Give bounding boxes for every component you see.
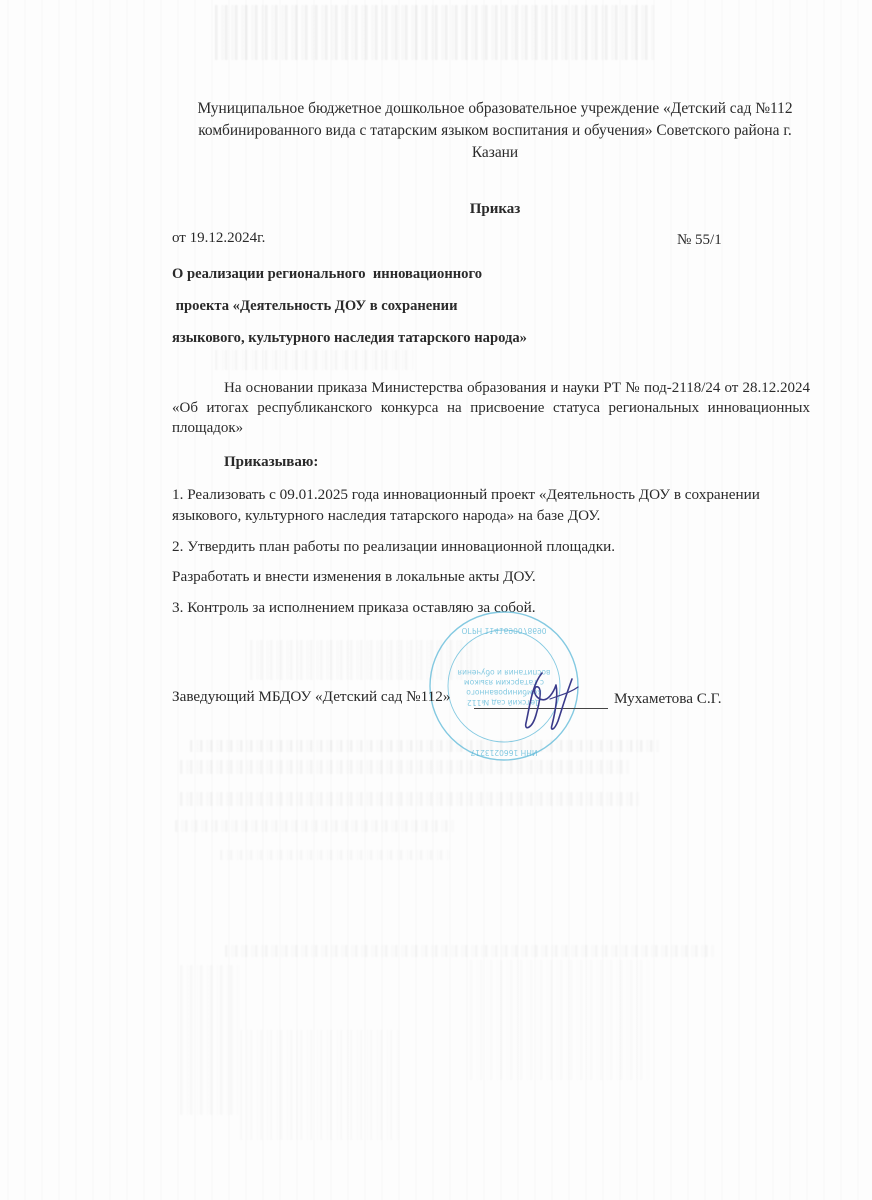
header-line-2: комбинированного вида с татарским языком… <box>165 120 825 142</box>
scan-noise <box>180 965 240 1115</box>
scan-noise <box>215 5 655 60</box>
scan-noise <box>470 960 650 1080</box>
subject-line-1: О реализации регионального инновационног… <box>172 258 527 290</box>
scan-noise <box>175 820 455 832</box>
scan-noise <box>180 792 640 806</box>
scanned-page: Муниципальное бюджетное дошкольное образ… <box>0 0 872 1200</box>
scan-noise <box>240 1030 400 1140</box>
header-line-1: Муниципальное бюджетное дошкольное образ… <box>165 98 825 120</box>
signer-name: Мухаметова С.Г. <box>614 690 722 708</box>
order-subject: О реализации регионального инновационног… <box>172 258 527 354</box>
handwritten-signature-icon <box>512 665 582 735</box>
decree-label: Приказываю: <box>224 452 318 472</box>
institution-header: Муниципальное бюджетное дошкольное образ… <box>165 98 825 164</box>
order-title: Приказ <box>165 199 825 219</box>
header-line-3: Казани <box>165 142 825 164</box>
order-date: от 19.12.2024г. <box>172 228 265 248</box>
scan-noise <box>220 850 450 860</box>
order-number: № 55/1 <box>677 230 722 250</box>
subject-line-3: языкового, культурного наследия татарско… <box>172 322 527 354</box>
order-item-2-continued: Разработать и внести изменения в локальн… <box>172 567 536 587</box>
basis-text: На основании приказа Министерства образо… <box>172 380 810 436</box>
signature-position: Заведующий МБДОУ «Детский сад №112» <box>172 688 450 706</box>
scan-noise <box>225 945 715 957</box>
stamp-inn: ИНН 1660213217 <box>470 748 537 757</box>
order-item-1: 1. Реализовать с 09.01.2025 года инновац… <box>172 484 812 526</box>
subject-line-2: проекта «Деятельность ДОУ в сохранении <box>172 290 527 322</box>
order-basis: На основании приказа Министерства образо… <box>172 378 810 438</box>
order-item-2: 2. Утвердить план работы по реализации и… <box>172 537 615 557</box>
stamp-ogrn: ОГРН 1141690078690 <box>461 626 546 635</box>
